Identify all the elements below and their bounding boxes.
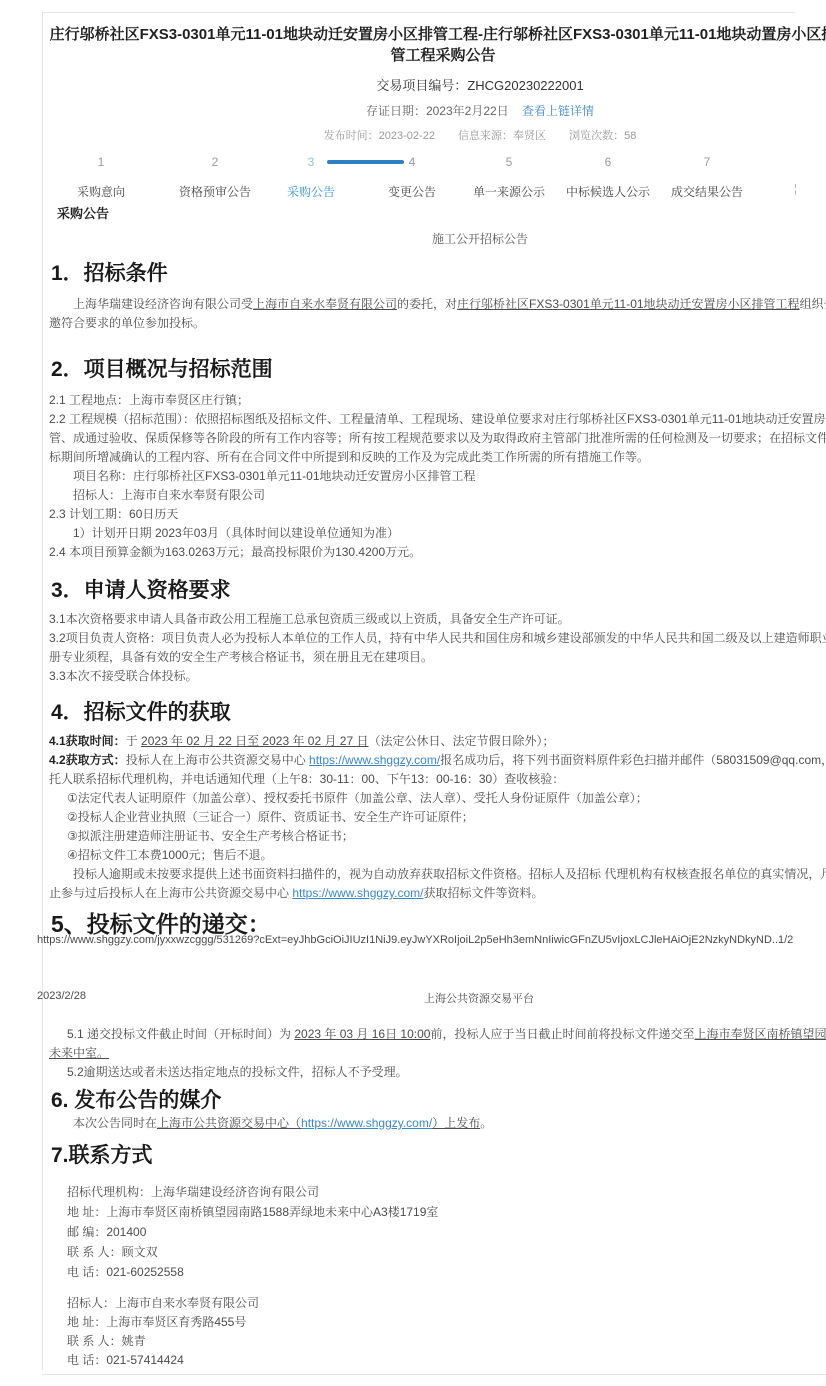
publish-time: 发布时间：2023-02-22: [324, 130, 435, 142]
client-name: 上海市自来水奉贤有限公司: [253, 297, 397, 311]
text: 于: [126, 734, 141, 748]
page-break-spacer: [43, 937, 826, 1025]
section4-obtain-time: 4.1获取时间：于 2023 年 02 月 22 日至 2023 年 02 月 …: [43, 732, 826, 751]
section2-heading: 2．项目概况与招标范围: [43, 357, 826, 383]
step-label: 单一来源公示: [473, 185, 545, 199]
platform-name: 上海公共资源交易平台: [424, 990, 534, 1006]
page-title: 庄行邬桥社区FXS3-0301单元11-01地块动迁安置房小区排管工程-庄行邬桥…: [43, 24, 826, 66]
section5-p1: 5.1 递交投标文件截止时间（开标时间）为 2023 年 03 月 16日 10…: [43, 1025, 826, 1063]
section2-p1: 2.1 工程地点：上海市奉贤区庄行镇；: [43, 391, 826, 410]
info-source: 信息来源：奉贤区: [458, 130, 546, 142]
tenderee-address: 地 址：上海市奉贤区育秀路455号: [43, 1313, 826, 1332]
section2-duration: 2.3 计划工期：60日历天: [43, 505, 826, 524]
agency-address: 地 址：上海市奉贤区南桥镇望园南路1588弄绿地未来中心A3楼1719室: [43, 1202, 826, 1222]
step-purchase-intent[interactable]: 1 采购意向: [77, 153, 125, 199]
section1-paragraph: 上海华瑞建设经济咨询有限公司受上海市自来水奉贤有限公司的委托，对庄行邬桥社区FX…: [43, 295, 826, 333]
tenderee-phone: 电 话：021-57414424: [43, 1351, 826, 1370]
shggzy-link[interactable]: https://www.shggzy.com/: [301, 1116, 432, 1130]
text: （法定公休日、法定节假日除外）；: [369, 734, 555, 748]
deadline-datetime: 2023 年 03 月 16日 10:00: [294, 1027, 430, 1041]
step-winner-candidates[interactable]: 6 中标候选人公示: [566, 153, 650, 199]
page-number: 1/2: [778, 934, 793, 946]
announcement-card: 庄行邬桥社区FXS3-0301单元11-01地块动迁安置房小区排管工程-庄行邬桥…: [42, 12, 826, 1370]
section2-project-name: 项目名称：庄行邬桥社区FXS3-0301单元11-01地块动迁安置房小区排管工程: [43, 467, 826, 486]
step-number: 5: [473, 155, 545, 169]
view-count: 浏览次数：58: [569, 130, 636, 142]
print-footer-url: https://www.shggzy.com/jyxxwzcggg/531269…: [37, 934, 781, 946]
section4-note: 投标人逾期或未按要求提供上述书面资料扫描件的，视为自动放弃获取招标文件资格。招标…: [43, 865, 826, 903]
project-number-label: 交易项目编号：: [376, 78, 467, 93]
project-name: 庄行邬桥社区FXS3-0301单元11-01地块动迁安置房小区排管工程: [457, 297, 800, 311]
agency-contact-block: 招标代理机构：上海华瑞建设经济咨询有限公司 地 址：上海市奉贤区南桥镇望园南路1…: [43, 1182, 826, 1282]
text: 本次公告同时在: [73, 1116, 157, 1130]
section6-heading: 6. 发布公告的媒介: [43, 1088, 826, 1114]
tenderee-contact-block: 招标人：上海市自来水奉贤有限公司 地 址：上海市奉贤区育秀路455号 联 系 人…: [43, 1294, 826, 1370]
process-steps: 1 采购意向 2 资格预审公告 3 采购公告 4 变更公告 5 单一来源公示 6…: [43, 153, 826, 199]
step-number: 1: [77, 155, 125, 169]
step-single-source[interactable]: 5 单一来源公示: [473, 153, 545, 199]
step-label: 采购意向: [77, 185, 125, 199]
card-bottom-border: [42, 1374, 826, 1375]
agency-zipcode: 邮 编：201400: [43, 1222, 826, 1242]
section2-p2: 2.2 工程规模（招标范围）：依照招标图纸及招标文件、工程量清单、工程现场、建设…: [43, 410, 826, 467]
view-chain-link[interactable]: 查看上链详情: [522, 104, 594, 118]
announcement-subtitle: 施工公开招标公告: [43, 230, 826, 247]
agency-contact-person: 联 系 人：顾文双: [43, 1242, 826, 1262]
step-number: 2: [179, 155, 251, 169]
section2-start-date: 1）计划开日期 2023年03月（具体时间以建设单位通知为准）: [43, 524, 826, 543]
project-number-row: 交易项目编号：ZHCG20230222001: [43, 75, 826, 94]
text: ）上发布: [432, 1116, 480, 1130]
section3-p1: 3.1本次资格要求申请人具备市政公用工程施工总承包资质三级或以上资质，具备安全生…: [43, 610, 826, 629]
step-label: 采购公告: [287, 185, 335, 199]
agency-name: 招标代理机构：上海华瑞建设经济咨询有限公司: [43, 1182, 826, 1202]
step-number: 3: [287, 155, 335, 169]
step-number: 6: [566, 155, 650, 169]
text: 上海市公共资源交易中心（: [157, 1116, 301, 1130]
tenderee-contact-person: 联 系 人：姚青: [43, 1332, 826, 1351]
delivery-address-tail: 室。: [85, 1046, 109, 1060]
section4-heading: 4．招标文件的获取: [43, 700, 826, 726]
step-change-announcement[interactable]: 4 变更公告: [388, 153, 436, 199]
text: 5.1 递交投标文件截止时间（开标时间）为: [67, 1027, 294, 1041]
shggzy-link[interactable]: https://www.shggzy.com/: [309, 753, 440, 767]
shggzy-link[interactable]: https://www.shggzy.com/: [292, 886, 423, 900]
section3-p2: 3.2项目负责人资格：项目负责人必为投标人本单位的工作人员，持有中华人民共和国住…: [43, 629, 826, 667]
step-prequalification[interactable]: 2 资格预审公告: [179, 153, 251, 199]
step-label: 变更公告: [388, 185, 436, 199]
section3-heading: 3．申请人资格要求: [43, 578, 826, 604]
text: 投标人在上海市公共资源交易中心: [126, 753, 309, 767]
print-date: 2023/2/28: [37, 990, 86, 1002]
section2-budget: 2.4 本项目预算金额为163.0263万元；最高投标限价为130.4200万元…: [43, 543, 826, 562]
publish-meta-row: 发布时间：2023-02-22 信息来源：奉贤区 浏览次数：58: [43, 127, 826, 143]
clipped-step-mark: ¦: [794, 183, 797, 195]
obtain-date-range: 2023 年 02 月 22 日至 2023 年 02 月 27 日: [141, 734, 368, 748]
agency-phone: 电 话：021-60252558: [43, 1262, 826, 1282]
step-label: 成交结果公告: [671, 185, 743, 199]
section4-item3: ③拟派注册建造师注册证书、安全生产考核合格证书；: [43, 827, 826, 846]
section4-item2: ②投标人企业营业执照（三证合一）原件、资质证书、安全生产许可证原件；: [43, 808, 826, 827]
section4-item4: ④招标文件工本费1000元；售后不退。: [43, 846, 826, 865]
label-obtain-time: 4.1获取时间：: [49, 734, 126, 748]
text: 上海华瑞建设经济咨询有限公司受: [73, 297, 253, 311]
tenderee-name: 招标人：上海市自来水奉贤有限公司: [43, 1294, 826, 1313]
section3-p3: 3.3本次不接受联合体投标。: [43, 667, 826, 686]
step-result-announcement[interactable]: 7 成交结果公告: [671, 153, 743, 199]
certificate-date: 存证日期：2023年2月22日: [366, 104, 509, 118]
section6-paragraph: 本次公告同时在上海市公共资源交易中心（https://www.shggzy.co…: [43, 1114, 826, 1133]
text: 前，投标人应于当日截止时间前将投标文件递交至: [430, 1027, 694, 1041]
step-label: 中标候选人公示: [566, 185, 650, 199]
project-number-value: ZHCG20230222001: [467, 78, 583, 93]
section2-tenderee: 招标人：上海市自来水奉贤有限公司: [43, 486, 826, 505]
text: 获取招标文件等资料。: [424, 886, 544, 900]
label-obtain-method: 4.2获取方式：: [49, 753, 126, 767]
certificate-row: 存证日期：2023年2月22日 查看上链详情: [43, 102, 826, 119]
step-procurement-announcement[interactable]: 3 采购公告: [287, 153, 335, 199]
section4-item1: ①法定代表人证明原件（加盖公章）、授权委托书原件（加盖公章、法人章）、受托人身份…: [43, 789, 826, 808]
section4-obtain-method: 4.2获取方式：投标人在上海市公共资源交易中心 https://www.shgg…: [43, 751, 826, 789]
text: 。: [480, 1116, 492, 1130]
step-number: 7: [671, 155, 743, 169]
section7-heading: 7.联系方式: [43, 1143, 826, 1169]
tab-procurement-announcement: 采购公告: [43, 203, 826, 222]
section1-heading: 1．招标条件: [43, 261, 826, 287]
section5-p2: 5.2逾期送达或者未送达指定地点的投标文件，招标人不予受理。: [43, 1063, 826, 1082]
step-label: 资格预审公告: [179, 185, 251, 199]
text: 的委托，对: [397, 297, 457, 311]
step-number: 4: [388, 155, 436, 169]
print-footer-row: https://www.shggzy.com/jyxxwzcggg/531269…: [37, 934, 817, 946]
